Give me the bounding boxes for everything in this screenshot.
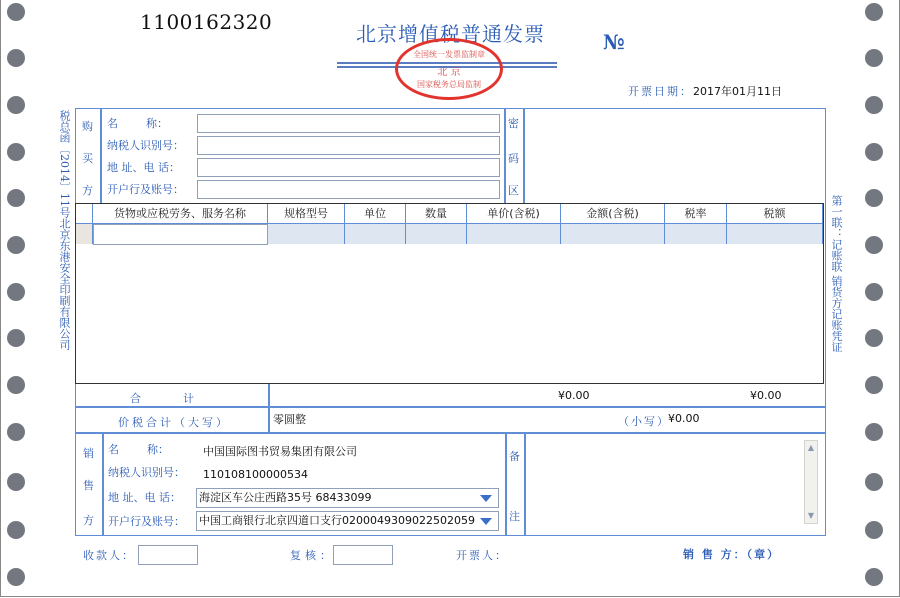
column-header: 税率 [665,204,727,224]
punch-hole [865,143,883,161]
buyer-bank-input[interactable] [197,180,500,199]
seller-address-label: 地 址、电 话： [108,489,181,505]
column-header: 规格型号 [268,204,345,224]
punch-hole [7,236,25,254]
punch-hole [865,49,883,67]
punch-hole [865,3,883,21]
punch-hole [7,329,25,347]
column-header: 金额(含税) [561,204,665,224]
payee-input[interactable] [138,545,198,565]
total-small-label: （小写） [618,413,670,429]
table-cell[interactable] [268,224,345,244]
seller-bank-select[interactable]: 中国工商银行北京四道口支行0200049309022502059 [196,511,499,531]
column-header: 税额 [727,204,823,224]
dropdown-arrow-icon[interactable] [480,518,492,525]
seller-label-1: 销 [83,445,94,461]
date-label: 开票日期： [628,85,693,98]
stamp-middle-text: 北 京 [398,63,500,78]
remarks-label-2: 注 [509,508,520,524]
column-header: 数量 [406,204,467,224]
punch-hole [7,283,25,301]
buyer-label-2: 买 [82,150,93,166]
column-header: 货物或应税劳务、服务名称 [93,204,268,224]
column-header: 单位 [345,204,406,224]
punch-hole [865,283,883,301]
punch-hole [7,143,25,161]
date-value: 2017年01月11日 [693,85,782,98]
table-cell[interactable] [345,224,406,244]
table-cell[interactable] [93,224,268,245]
punch-hole [7,473,25,491]
seller-bank-label: 开户行及账号： [108,513,185,529]
punch-hole [7,568,25,586]
table-cell[interactable] [406,224,467,244]
punch-hole [7,3,25,21]
punch-hole [7,189,25,207]
seller-address-value: 海淀区车公庄西路35号 68433099 [199,491,371,504]
reviewer-label: 复核： [290,547,335,563]
copy-designation: 第一联：记账联 销货方记账凭证 [830,195,843,353]
buyer-bank-label: 开户行及账号： [107,181,184,197]
dropdown-arrow-icon[interactable] [480,495,492,502]
column-header [76,204,93,224]
sum-label: 合 计 [130,390,194,406]
seller-name-label: 名 称： [108,441,169,457]
scroll-up-icon[interactable]: ▲ [805,441,817,455]
scroll-down-icon[interactable]: ▼ [805,509,817,523]
buyer-taxid-input[interactable] [197,136,500,155]
cipher-label-3: 区 [508,182,519,198]
seller-seal-label: 销 售 方：（章） [683,546,780,562]
buyer-name-input[interactable] [197,114,500,133]
invoice-code: 1100162320 [140,10,272,34]
punch-hole [7,49,25,67]
sum-row-bottom [75,406,826,408]
drawer-label: 开票人： [456,547,508,563]
punch-hole [7,521,25,539]
seller-taxid-label: 纳税人识别号： [108,464,185,480]
payee-label: 收款人： [83,547,135,563]
buyer-label-3: 方 [82,182,93,198]
invoice-number-symbol: № [603,30,625,54]
items-table: 货物或应税劳务、服务名称规格型号单位数量单价(含税)金额(含税)税率税额 [75,203,824,384]
remarks-textarea[interactable]: ▲ ▼ [526,434,824,534]
sum-tax: ¥0.00 [750,389,782,402]
cipher-label-1: 密 [508,115,519,131]
punch-hole [865,568,883,586]
total-small-value: ¥0.00 [668,412,700,425]
printer-imprint: 税总函〔2014〕11号北京东港安全印刷有限公司 [55,110,71,350]
punch-hole [865,236,883,254]
punch-hole [865,96,883,114]
buyer-label-1: 购 [82,118,93,134]
seller-name-value: 中国国际图书贸易集团有限公司 [203,443,357,459]
seller-taxid-value: 110108100000534 [203,468,308,481]
buyer-name-label: 名 称： [107,115,168,131]
row-selector[interactable] [76,224,93,244]
cipher-divider-left [504,108,506,203]
table-cell[interactable] [561,224,665,244]
punch-hole [7,96,25,114]
buyer-address-label: 地 址、电 话： [107,159,180,175]
sum-amount: ¥0.00 [558,389,590,402]
punch-hole [7,376,25,394]
punch-hole [865,423,883,441]
remarks-label-1: 备 [509,448,520,464]
stamp-bottom-text: 国家税务总局监制 [398,79,500,90]
seller-address-select[interactable]: 海淀区车公庄西路35号 68433099 [196,488,499,508]
punch-hole [865,329,883,347]
punch-hole [865,376,883,394]
buyer-address-input[interactable] [197,158,500,177]
seller-label-3: 方 [83,512,94,528]
punch-hole [865,189,883,207]
punch-hole [7,423,25,441]
punch-hole [865,473,883,491]
stamp-top-text: 全国统一发票监制章 [398,49,500,60]
buyer-divider [100,108,102,203]
reviewer-input[interactable] [333,545,393,565]
official-stamp: 全国统一发票监制章 北 京 国家税务总局监制 [395,38,503,100]
buyer-taxid-label: 纳税人识别号： [107,137,184,153]
remarks-scrollbar[interactable]: ▲ ▼ [804,440,818,524]
total-words-label: 价税合计（大写） [118,414,230,430]
seller-bank-value: 中国工商银行北京四道口支行0200049309022502059 [199,514,475,527]
punch-hole [865,521,883,539]
remarks-divider-left [505,432,507,536]
total-words-value: 零圆整 [273,411,306,427]
cipher-label-2: 码 [508,150,519,166]
seller-label-2: 售 [83,477,94,493]
table-cell[interactable] [467,224,561,244]
seller-divider [102,432,104,536]
column-header: 单价(含税) [467,204,561,224]
invoice-date: 开票日期：2017年01月11日 [628,83,782,99]
cipher-divider-right [523,108,525,203]
table-cell[interactable] [727,224,823,244]
table-cell[interactable] [665,224,727,244]
sum-label-divider [268,384,270,432]
